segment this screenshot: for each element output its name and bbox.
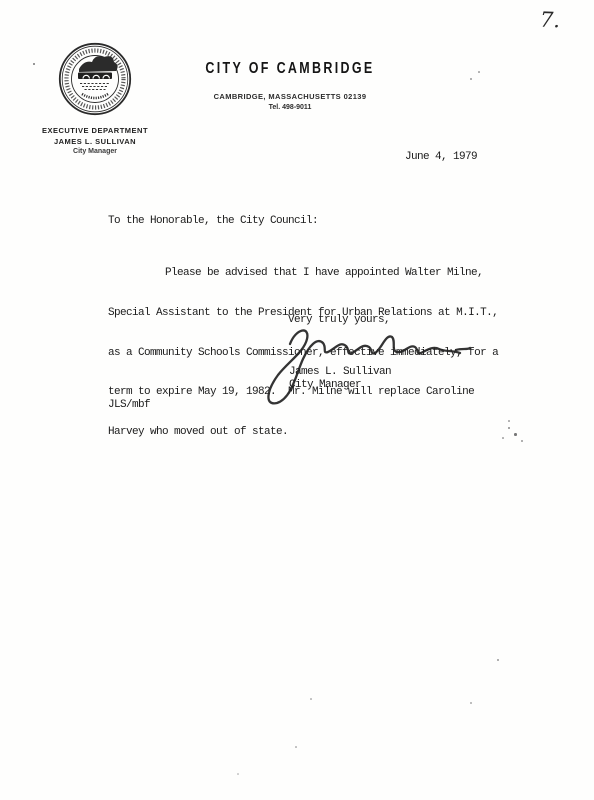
body-line: Please be advised that I have appointed … xyxy=(108,267,498,280)
salutation: To the Honorable, the City Council: xyxy=(108,215,318,227)
body-line: Harvey who moved out of state. xyxy=(108,426,498,439)
scan-speck xyxy=(508,420,510,422)
scan-speck xyxy=(470,78,472,80)
scan-speck xyxy=(310,698,312,700)
manager-title: City Manager xyxy=(25,147,165,157)
scan-speck xyxy=(514,433,517,436)
letterhead-phone: Tel. 498-9011 xyxy=(160,104,420,111)
signature-typed-name: James L. Sullivan xyxy=(289,366,391,378)
scan-speck xyxy=(33,63,35,65)
letterhead-address: CAMBRIDGE, MASSACHUSETTS 02139 xyxy=(160,92,420,101)
letterhead-center: CITY OF CAMBRIDGE CAMBRIDGE, MASSACHUSET… xyxy=(160,60,420,111)
city-seal-icon xyxy=(58,42,132,116)
signature-typed-title: City Manager xyxy=(289,379,361,391)
scan-speck xyxy=(237,773,239,775)
signature-james-sullivan xyxy=(260,320,475,410)
scan-speck xyxy=(478,71,480,73)
seal-emblem-graphic xyxy=(78,56,118,98)
scan-speck xyxy=(295,746,297,748)
department-name: EXECUTIVE DEPARTMENT xyxy=(25,126,165,137)
letter-date: June 4, 1979 xyxy=(405,151,477,163)
scan-speck xyxy=(521,440,523,442)
scanned-letter-page: 7. EXECUTIVE DEPARTMENT JAMES L. SULLIVA… xyxy=(0,0,594,800)
signature-flourish xyxy=(456,348,470,350)
scan-speck xyxy=(497,659,499,661)
scan-speck xyxy=(470,702,472,704)
manager-name: JAMES L. SULLIVAN xyxy=(25,137,165,148)
handwritten-page-number: 7. xyxy=(540,8,561,33)
department-block: EXECUTIVE DEPARTMENT JAMES L. SULLIVAN C… xyxy=(25,126,165,157)
scan-speck xyxy=(508,427,510,429)
scan-speck xyxy=(502,437,504,439)
reference-initials: JLS/mbf xyxy=(108,399,150,411)
letterhead-title: CITY OF CAMBRIDGE xyxy=(189,60,392,78)
